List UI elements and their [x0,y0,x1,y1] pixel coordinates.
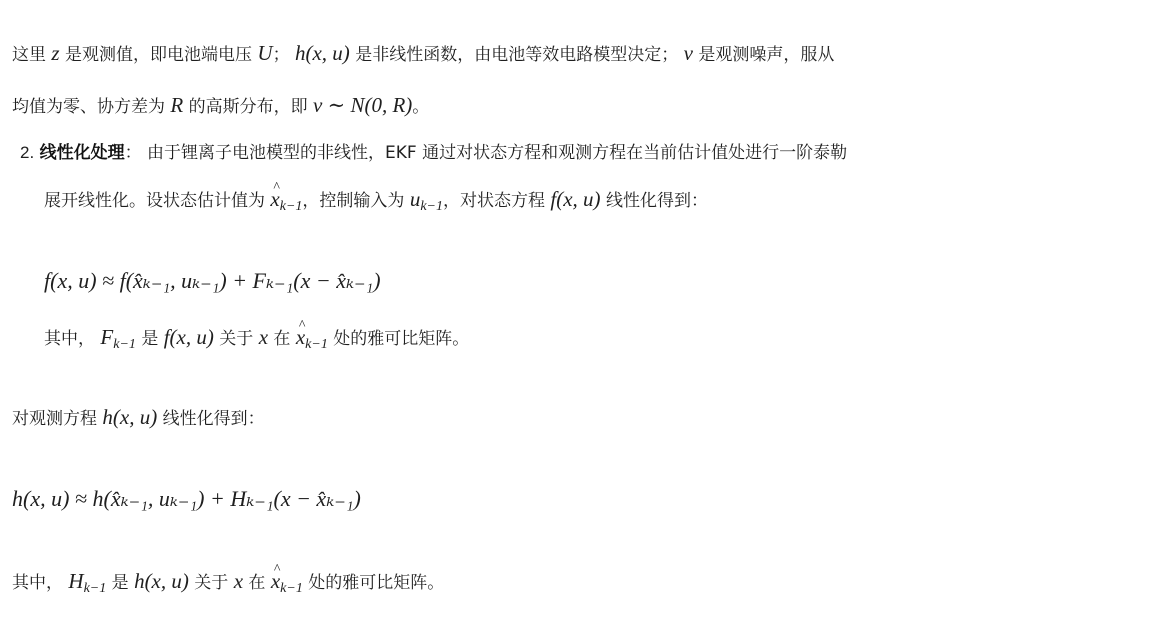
math-subscript: k−1 [420,199,443,214]
math-x-hat: x [296,324,305,350]
text: 处的雅可比矩阵。 [308,573,444,593]
text: 是观测噪声，服从 [698,45,834,65]
text: 其中， [12,573,63,593]
text: ： [125,143,142,163]
math-h-x-u: h(x, u) [102,405,157,429]
text: 展开线性化。设状态估计值为 [44,191,265,211]
math-z: z [51,41,59,65]
text: 线性化得到： [163,409,265,429]
math-H: H [68,569,83,593]
text: 其中， [44,329,95,349]
note-observation-jacobian: 其中， Hk−1 是 h(x, u) 关于 x 在 xk−1 处的雅可比矩阵。 [12,568,444,602]
paragraph-observation-linearization: 对观测方程 h(x, u) 线性化得到： [12,404,265,432]
math-x: x [259,325,268,349]
text: 在 [273,329,290,349]
list-item-linearization-line2: 展开线性化。设状态估计值为 xk−1，控制输入为 uk−1，对状态方程 f(x,… [44,186,708,220]
text: 是 [141,329,158,349]
text: ； [273,45,290,65]
math-subscript: k−1 [84,581,107,596]
equation-observation-linearization: h(x, u) ≈ h(x̂ₖ₋₁, uₖ₋₁) + Hₖ₋₁(x − x̂ₖ₋… [12,486,361,512]
list-item-title: 线性化处理 [40,143,125,163]
paragraph-observation-description-cont: 均值为零、协方差为 R 的高斯分布，即 v ∼ N(0, R)。 [12,92,429,120]
text: 关于 [194,573,228,593]
math-subscript: k−1 [305,337,328,352]
math-f-x-u: f(x, u) [164,325,214,349]
math-x-hat: x [271,568,280,594]
text: ，控制输入为 [302,191,404,211]
list-number: 2. [20,143,34,162]
math-R: R [170,93,183,117]
text: 由于锂离子电池模型的非线性，EKF 通过对状态方程和观测方程在当前估计值处进行一… [147,143,847,163]
text: 的高斯分布，即 [189,97,308,117]
math-v-normal-distribution: v ∼ N(0, R) [313,93,412,117]
text: 在 [248,573,265,593]
math-subscript: k−1 [280,199,303,214]
math-subscript: k−1 [113,337,136,352]
text: 线性化得到： [606,191,708,211]
equation-state-linearization: f(x, u) ≈ f(x̂ₖ₋₁, uₖ₋₁) + Fₖ₋₁(x − x̂ₖ₋… [44,268,381,294]
math-u: u [410,187,421,211]
math-U: U [257,41,272,65]
text: 这里 [12,45,46,65]
text: ，对状态方程 [443,191,545,211]
math-h-x-u: h(x, u) [134,569,189,593]
text: 是非线性函数，由电池等效电路模型决定； [355,45,678,65]
text: 处的雅可比矩阵。 [333,329,469,349]
math-x: x [234,569,243,593]
text: 对观测方程 [12,409,97,429]
math-F: F [100,325,113,349]
math-subscript: k−1 [280,581,303,596]
text: 关于 [219,329,253,349]
text: 是 [112,573,129,593]
note-state-jacobian: 其中， Fk−1 是 f(x, u) 关于 x 在 xk−1 处的雅可比矩阵。 [44,324,469,358]
text: 。 [412,97,429,117]
paragraph-observation-description: 这里 z 是观测值，即电池端电压 U； h(x, u) 是非线性函数，由电池等效… [12,40,834,68]
math-f-x-u: f(x, u) [550,187,600,211]
math-h-x-u: h(x, u) [295,41,350,65]
math-x-hat: x [270,186,279,212]
text: 均值为零、协方差为 [12,97,165,117]
math-v: v [684,41,693,65]
list-item-linearization: 2. 线性化处理： 由于锂离子电池模型的非线性，EKF 通过对状态方程和观测方程… [20,140,847,166]
text: 是观测值，即电池端电压 [65,45,252,65]
